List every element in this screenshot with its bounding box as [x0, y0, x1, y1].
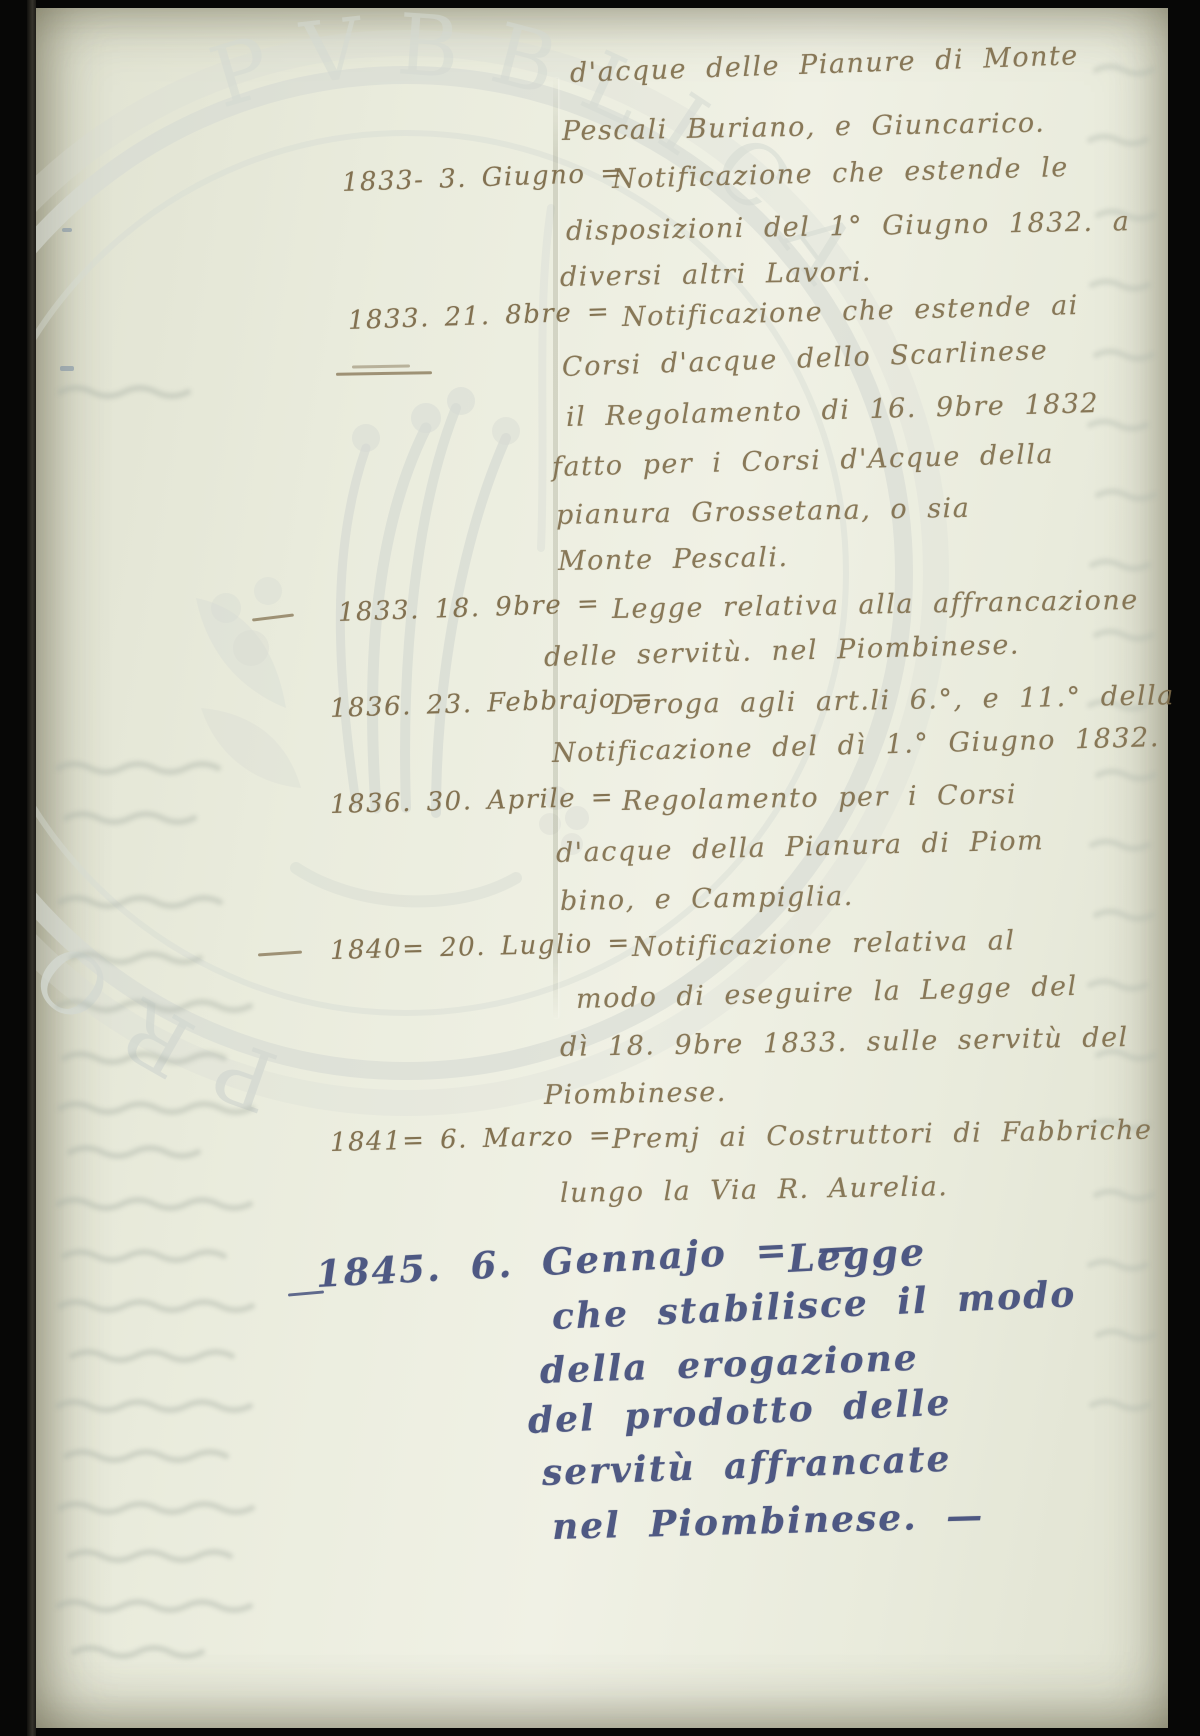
ink-speck [62, 228, 72, 232]
entry-line: Legge [787, 1229, 927, 1281]
entry-line: diversi altri Lavori. [560, 257, 872, 293]
entry-line: Piombinese. [544, 1077, 727, 1111]
entry-line: bino, e Campiglia. [560, 881, 854, 917]
adjacent-page-edge [27, 0, 36, 1736]
ink-speck [60, 366, 74, 371]
scanned-manuscript: { "document": { "header_lines": [ "d'acq… [0, 0, 1200, 1736]
entry-line: Monte Pescali. [558, 542, 789, 577]
